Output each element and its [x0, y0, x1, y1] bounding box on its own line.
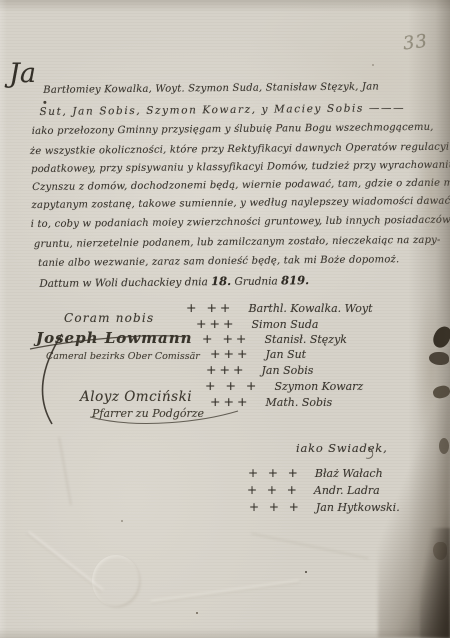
priest-signature-title: Pfarrer zu Podgórze [92, 407, 204, 420]
oath-line: tanie albo wezwanie, zaraz sam donieść b… [38, 254, 399, 269]
witness-heading: iako Swiadek, [296, 441, 388, 455]
priest-signature-name: Aloyz Omciński [80, 389, 192, 405]
coram-nobis-heading: Coram nobis [64, 311, 154, 325]
paper-speck [196, 612, 198, 614]
date-day: 18. [211, 274, 231, 288]
signature-crosses: + + + [247, 483, 300, 497]
oath-line: podatkowey, przy spisywaniu y klassyfika… [31, 160, 450, 175]
oath-line: iako przełozony Gminny przysięgam y ślub… [32, 122, 434, 137]
date-year: 819. [281, 273, 309, 287]
official-signature-name: Joseph Lowmann [36, 329, 193, 347]
signature-crosses: + + + [248, 466, 301, 480]
oath-body: Ja Bartłomiey Kowalka, Woyt. Szymon Suda… [0, 0, 450, 322]
oath-line: Bartłomiey Kowalka, Woyt. Szymon Suda, S… [43, 81, 379, 96]
paper-crease [251, 533, 369, 560]
signature-crosses: +++ [210, 394, 250, 409]
paper-speck [372, 64, 374, 66]
paper-crease [58, 436, 72, 505]
oath-line: Sut, Jan Sobis, Szymon Kowarz, y Maciey … [39, 102, 405, 118]
ink-dot [43, 101, 46, 104]
official-name: Math. Sobis [266, 396, 333, 409]
page-curl-shadow-dark [420, 528, 450, 638]
paper-speck [121, 520, 123, 522]
signature-crosses: + + + [249, 500, 302, 514]
oath-line: i to, coby w podaniach moiey zwierzchnoś… [31, 215, 450, 230]
embossed-seal [92, 555, 140, 607]
oath-line: że wszystkie okoliczności, które przy Re… [30, 142, 449, 157]
oath-line: gruntu, nierzetelnie podanem, lub zamilc… [34, 235, 441, 250]
date-month: Grudnia [234, 275, 277, 287]
paper-crease [27, 531, 103, 591]
official-signature-row: +++ Math. Sobis [210, 391, 332, 410]
paper-crease [151, 580, 300, 603]
oath-line: Czynszu z domów, dochodzonemi będą, wier… [32, 177, 450, 193]
paper-speck [305, 571, 307, 573]
date-prefix: Dattum w Woli duchackiey dnia [39, 276, 208, 290]
official-signature-title: Cameral bezirks Ober Comissär [46, 351, 200, 362]
opening-initial: Ja [9, 58, 36, 89]
manuscript-scan: 33 Ja Bartłomiey Kowalka, Woyt. Szymon S… [0, 0, 450, 638]
date-line: Dattum w Woli duchackiey dnia 18. Grudni… [39, 273, 309, 290]
oath-line: zapytanym zostanę, takowe sumiennie, y w… [31, 196, 450, 211]
